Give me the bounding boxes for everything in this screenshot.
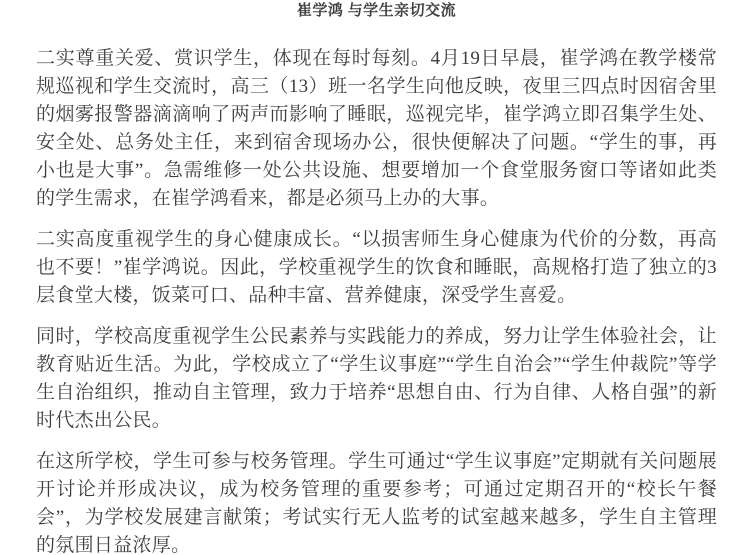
paragraph-3: 同时，学校高度重视学生公民素养与实践能力的养成，努力让学生体验社会，让教育贴近生… [36, 323, 717, 435]
article-page: 崔学鸿 与学生亲切交流 二实尊重关爱、赏识学生，体现在每时每刻。4月19日早晨，… [0, 0, 741, 555]
paragraph-4: 在这所学校，学生可参与校务管理。学生可通过“学生议事庭”定期就有关问题展开讨论并… [36, 448, 717, 555]
photo-caption: 崔学鸿 与学生亲切交流 [36, 3, 717, 19]
paragraph-2: 二实高度重视学生的身心健康成长。“以损害师生身心健康为代价的分数，再高也不要！”… [36, 226, 717, 310]
paragraph-1: 二实尊重关爱、赏识学生，体现在每时每刻。4月19日早晨，崔学鸿在教学楼常规巡视和… [36, 45, 717, 213]
article-body: 二实尊重关爱、赏识学生，体现在每时每刻。4月19日早晨，崔学鸿在教学楼常规巡视和… [36, 45, 717, 555]
